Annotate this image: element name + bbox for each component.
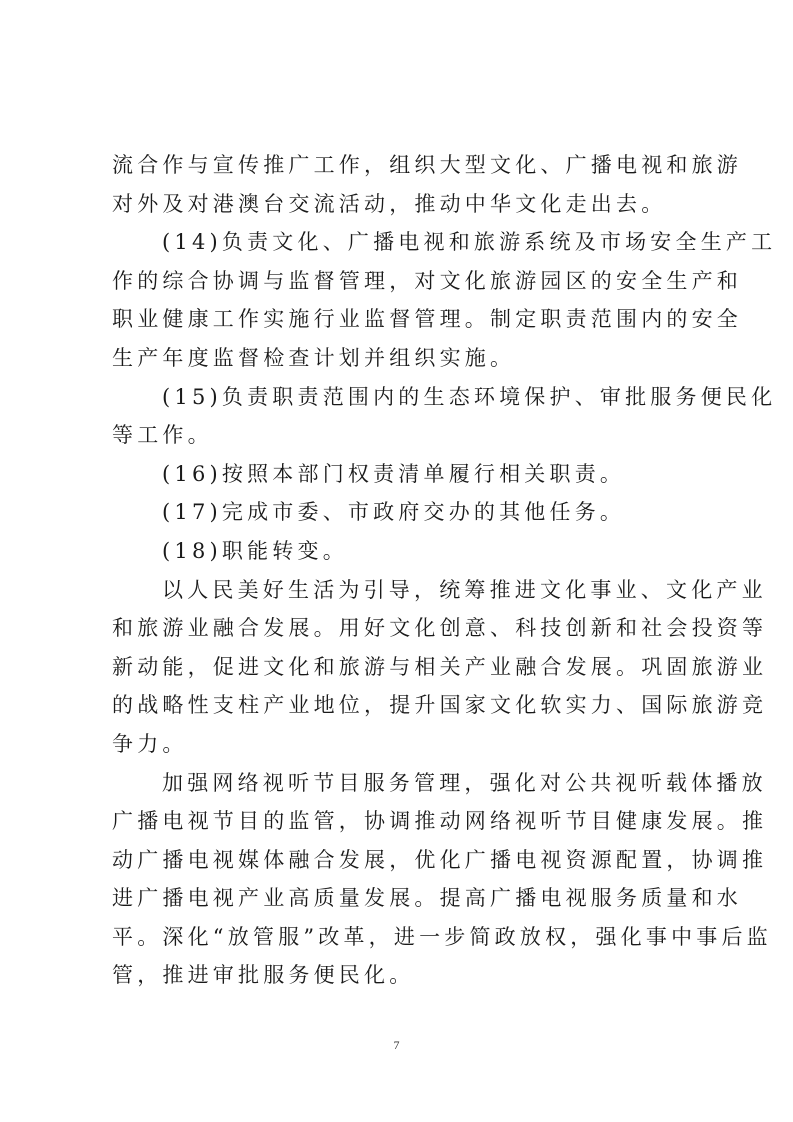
text-line: (14)负责文化、广播电视和旅游系统及市场安全生产工 [112, 223, 652, 262]
text-line: 加强网络视听节目服务管理，强化对公共视听载体播放 [112, 764, 652, 803]
text-line: 职业健康工作实施行业监督管理。制定职责范围内的安全 [112, 300, 652, 339]
text-line: 和旅游业融合发展。用好文化创意、科技创新和社会投资等 [112, 609, 652, 648]
text-line: 生产年度监督检查计划并组织实施。 [112, 339, 652, 378]
text-line: 争力。 [112, 725, 652, 764]
text-line: 平。深化“放管服”改革，进一步简政放权，强化事中事后监 [112, 918, 652, 957]
text-line: 动广播电视媒体融合发展，优化广播电视资源配置，协调推 [112, 841, 652, 880]
text-line: 进广播电视产业高质量发展。提高广播电视服务质量和水 [112, 879, 652, 918]
text-line: 作的综合协调与监督管理，对文化旅游园区的安全生产和 [112, 262, 652, 301]
page-number: 7 [0, 1038, 793, 1053]
text-line: 以人民美好生活为引导，统筹推进文化事业、文化产业 [112, 571, 652, 610]
text-line: (17)完成市委、市政府交办的其他任务。 [112, 493, 652, 532]
text-line: (15)负责职责范围内的生态环境保护、审批服务便民化 [112, 378, 652, 417]
text-line: (16)按照本部门权责清单履行相关职责。 [112, 455, 652, 494]
text-line: 流合作与宣传推广工作，组织大型文化、广播电视和旅游 [112, 146, 652, 185]
text-line: (18)职能转变。 [112, 532, 652, 571]
text-line: 管，推进审批服务便民化。 [112, 956, 652, 995]
text-line: 对外及对港澳台交流活动，推动中华文化走出去。 [112, 185, 652, 224]
text-line: 的战略性支柱产业地位，提升国家文化软实力、国际旅游竞 [112, 686, 652, 725]
text-line: 等工作。 [112, 416, 652, 455]
text-line: 新动能，促进文化和旅游与相关产业融合发展。巩固旅游业 [112, 648, 652, 687]
text-line: 广播电视节目的监管，协调推动网络视听节目健康发展。推 [112, 802, 652, 841]
body-text: 流合作与宣传推广工作，组织大型文化、广播电视和旅游 对外及对港澳台交流活动，推动… [112, 146, 652, 995]
document-page: 流合作与宣传推广工作，组织大型文化、广播电视和旅游 对外及对港澳台交流活动，推动… [0, 0, 793, 1122]
